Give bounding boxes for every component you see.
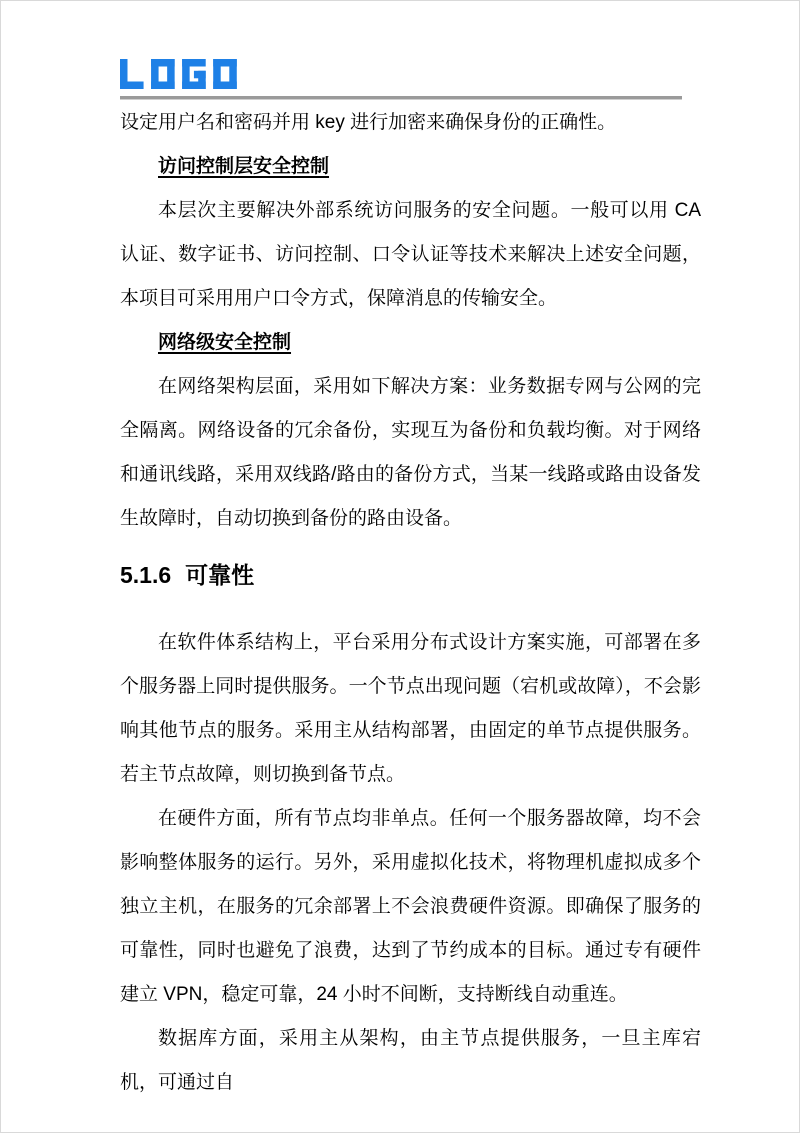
logo-letter-O1 — [151, 59, 175, 89]
logo-letter-G — [182, 59, 206, 89]
paragraph-database: 数据库方面，采用主从架构，由主节点提供服务，一旦主库宕机，可通过自 — [120, 1017, 701, 1105]
paragraph-access-control: 本层次主要解决外部系统访问服务的安全问题。一般可以用 CA 认证、数字证书、访问… — [120, 189, 701, 321]
document-body: 设定用户名和密码并用 key 进行加密来确保身份的正确性。 访问控制层安全控制 … — [120, 101, 701, 1105]
section-title: 可靠性 — [185, 562, 254, 588]
paragraph-software-architecture: 在软件体系结构上，平台采用分布式设计方案实施，可部署在多个服务器上同时提供服务。… — [120, 621, 701, 797]
section-heading-reliability: 5.1.6可靠性 — [120, 553, 701, 597]
subheading-network-security: 网络级安全控制 — [120, 321, 701, 365]
logo — [120, 59, 682, 89]
paragraph-network-security: 在网络架构层面，采用如下解决方案：业务数据专网与公网的完全隔离。网络设备的冗余备… — [120, 365, 701, 541]
logo-icon — [120, 59, 237, 89]
paragraph-hardware: 在硬件方面，所有节点均非单点。任何一个服务器故障，均不会影响整体服务的运行。另外… — [120, 797, 701, 1017]
section-number: 5.1.6 — [120, 562, 171, 588]
header-divider — [120, 96, 682, 100]
paragraph-intro: 设定用户名和密码并用 key 进行加密来确保身份的正确性。 — [120, 101, 701, 145]
logo-letter-L — [120, 59, 144, 89]
subheading-access-control: 访问控制层安全控制 — [120, 145, 701, 189]
logo-letter-O2 — [213, 59, 237, 89]
document-page: 设定用户名和密码并用 key 进行加密来确保身份的正确性。 访问控制层安全控制 … — [0, 0, 800, 1133]
page-header — [120, 59, 682, 100]
